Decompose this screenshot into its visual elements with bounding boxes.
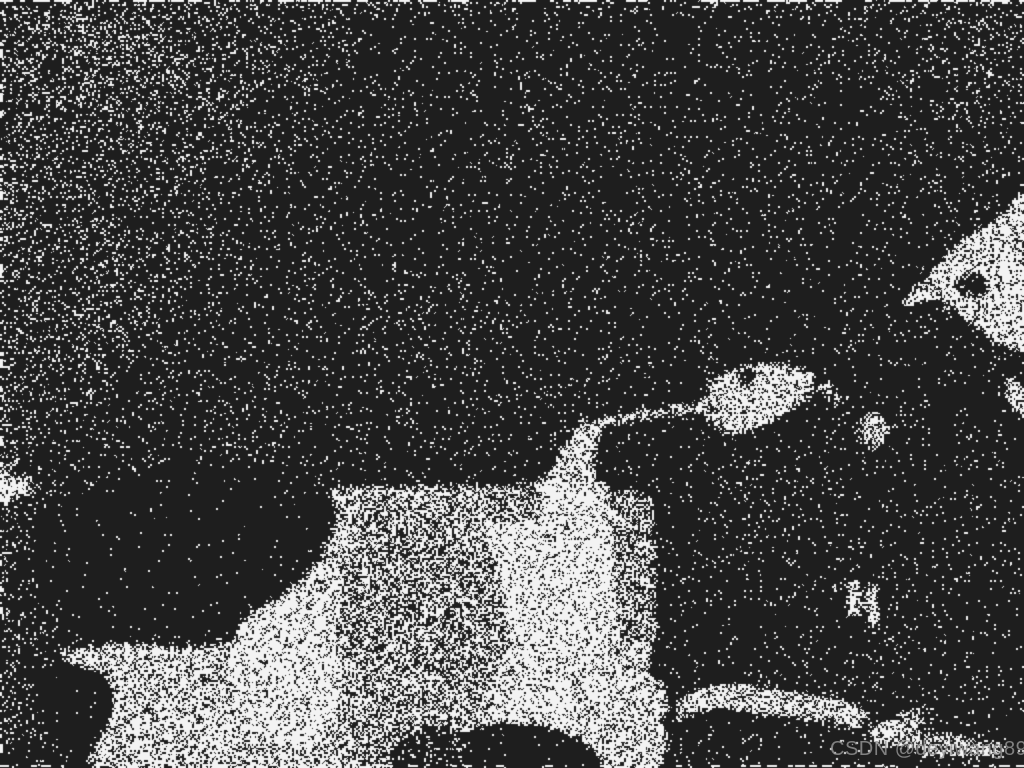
noise-bitmap-canvas — [0, 0, 1024, 768]
binarized-image: CSDN @deyiwang89 — [0, 0, 1024, 768]
